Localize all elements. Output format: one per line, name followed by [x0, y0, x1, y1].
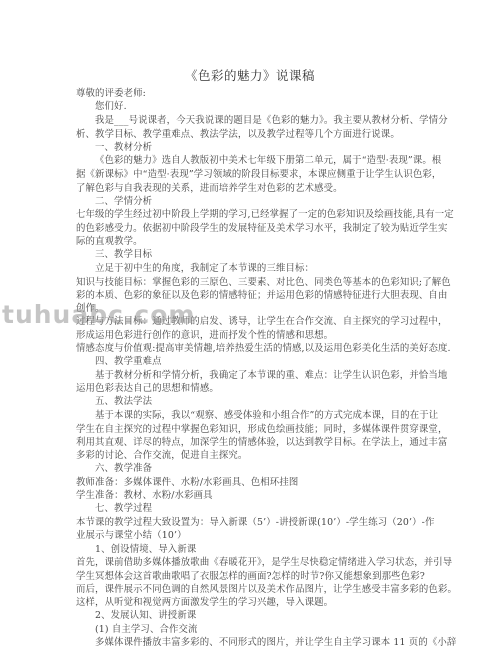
- document-line: 形成运用色彩进行创作的意识，进而抒发个性的情感和思想。: [76, 330, 333, 342]
- document-line: 的色彩感受力。依据初中阶段学生的发展特征及美术学习水平，我制定了较为贴近学生实: [76, 223, 447, 235]
- document-line: 五、教法学法: [95, 396, 152, 408]
- document-line: 2、发展认知、讲授新课: [95, 610, 196, 622]
- document-line: 过程与方法目标：通过教师的启发、诱导，让学生在合作交流、自主探究的学习过程中，: [76, 316, 447, 328]
- document-line: 情感态度与价值观:提高审美情趣,培养热爱生活的情感,以及运用色彩美化生活的美好态…: [76, 343, 451, 355]
- document-line: 四、教学重难点: [95, 356, 162, 368]
- document-line: 运用色彩表达自己的思想和情感。: [76, 383, 219, 395]
- document-line: 七、教学过程: [95, 503, 152, 515]
- document-line: 知识与技能目标：掌握色彩的三原色、三要素、对比色、同类色等基本的色彩知识;了解色: [76, 277, 451, 289]
- document-line: 立足于初中生的角度，我制定了本节课的三维目标：: [95, 263, 314, 275]
- document-line: 七年级的学生经过初中阶段上学期的学习,已经掌握了一定的色彩知识及绘画技能,具有一…: [76, 209, 454, 221]
- document-line: 六、教学准备: [95, 463, 152, 475]
- document-line: 利用其直观、详尽的特点，加深学生的情感体验，以达到教学目标。在学法上，通过丰富: [76, 437, 447, 449]
- document-line: 1、创设情境、导入新课: [95, 544, 196, 556]
- document-title: 《色彩的魅力》说课稿: [0, 66, 500, 84]
- document-line: 这样，从听觉和视觉两方面激发学生的学习兴趣，导入课题。: [76, 597, 333, 609]
- document-line: 首先，课前借助多媒体播放歌曲《春暖花开》，是学生尽快稳定情绪进入学习状态，并引导: [76, 557, 452, 569]
- document-line: 际的直观教学。: [76, 236, 143, 248]
- document-line: 教师准备：多媒体课件、水粉/水彩画具、色相环挂图: [76, 477, 298, 489]
- document-page: 《色彩的魅力》说课稿 尊敬的评委老师:您们好.我是___号说课者，今天我说课的题…: [0, 0, 500, 648]
- document-line: (1) 自主学习、合作交流: [95, 624, 198, 636]
- document-line: 学生冥想体会这首歌曲歌唱了衣服怎样的画面?怎样的时节?你又能想象到那些色彩?: [76, 571, 425, 583]
- document-line: 据《新课标》中“造型·表现”学习领域的阶段目标要求，本课应侧重于让学生认识色彩，: [76, 169, 441, 181]
- document-line: 一、教材分析: [95, 142, 152, 154]
- document-line: 多媒体课件播放丰富多彩的、不同形式的图片，并让学生自主学习课本 11 页的《小辞: [95, 637, 456, 648]
- document-line: 创作。: [76, 303, 105, 315]
- document-line: 彩的本质、色彩的象征以及色彩的情感特征；并运用色彩的情感特征进行大胆表现、自由: [76, 290, 447, 302]
- document-line: 二、学情分析: [95, 196, 152, 208]
- document-line: 尊敬的评委老师:: [76, 88, 146, 100]
- document-line: 析、教学目标、教学重难点、教法学法，以及教学过程等几个方面进行说课。: [76, 129, 400, 141]
- document-line: 三、教学目标: [95, 249, 152, 261]
- document-line: 学生在自主探究的过程中掌握色彩知识，形成色绘画技能；同时，多媒体课件贯穿课堂，: [76, 424, 447, 436]
- document-line: 我是___号说课者，今天我说课的题目是《色彩的魅力》。我主要从教材分析、学情分: [95, 115, 448, 127]
- document-line: 业展示与课堂小结（10’）: [76, 530, 187, 542]
- document-line: 而后，课件展示不同色调的自然风景图片以及美术作品图片，让学生感受丰富多彩的色彩。: [76, 584, 457, 596]
- document-line: 本节课的教学过程大致设置为：导入新课（5’）-讲授新课(10’）-学生练习（20…: [76, 517, 435, 529]
- document-line: 多彩的讨论、合作交流，促进自主探究。: [76, 450, 247, 462]
- document-line: 《色彩的魅力》选自人教版初中美术七年级下册第二单元，属于“造型·表现”课。根: [95, 155, 441, 167]
- document-line: 您们好.: [95, 101, 127, 113]
- document-line: 基于教材分析和学情分析，我确定了本节课的重、难点：让学生认识色彩，并恰当地: [95, 370, 447, 382]
- document-line: 基于本课的实际，我以“观察、感受体验和小组合作”的方式完成本课，目的在于让: [95, 410, 438, 422]
- document-line: 了解色彩与自我表现的关系，进而培养学生对色彩的艺术感受。: [76, 183, 343, 195]
- document-line: 学生准备：教材、水粉/水彩画具: [76, 490, 213, 502]
